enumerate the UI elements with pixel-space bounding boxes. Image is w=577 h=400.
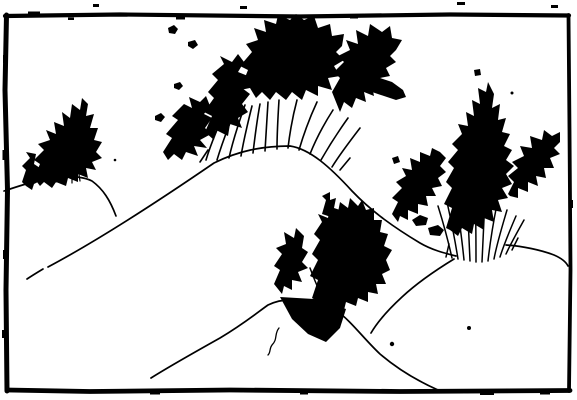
frame-nub [28, 12, 40, 15]
ink-landscape-sketch [0, 0, 577, 400]
ink-speck [240, 6, 247, 9]
frame-nub [480, 392, 494, 395]
frame-nub [540, 392, 550, 395]
frame-nub [350, 17, 358, 19]
frame-nub [571, 200, 574, 208]
frame-top [5, 15, 569, 17]
ink-dot [390, 342, 394, 346]
frame-nub [150, 392, 160, 395]
frame-nub [3, 150, 6, 160]
frame-bottom [7, 390, 570, 392]
frame-nub [300, 392, 308, 395]
ink-dot [511, 92, 514, 95]
sketch-page: Hand-drawn black ink sketch inside a rou… [0, 0, 577, 400]
ink-speck [551, 5, 558, 8]
ink-speck [457, 2, 465, 5]
frame-nub [3, 250, 6, 259]
foliage-speck [474, 69, 481, 76]
frame-left [5, 15, 8, 391]
frame-nub [2, 330, 5, 338]
ink-speck [93, 4, 99, 7]
frame-nub [176, 17, 185, 20]
ink-dot [467, 326, 471, 330]
frame-nub [3, 55, 6, 63]
frame-right [569, 15, 571, 391]
frame-nub [68, 18, 74, 21]
ink-dot [114, 159, 117, 162]
